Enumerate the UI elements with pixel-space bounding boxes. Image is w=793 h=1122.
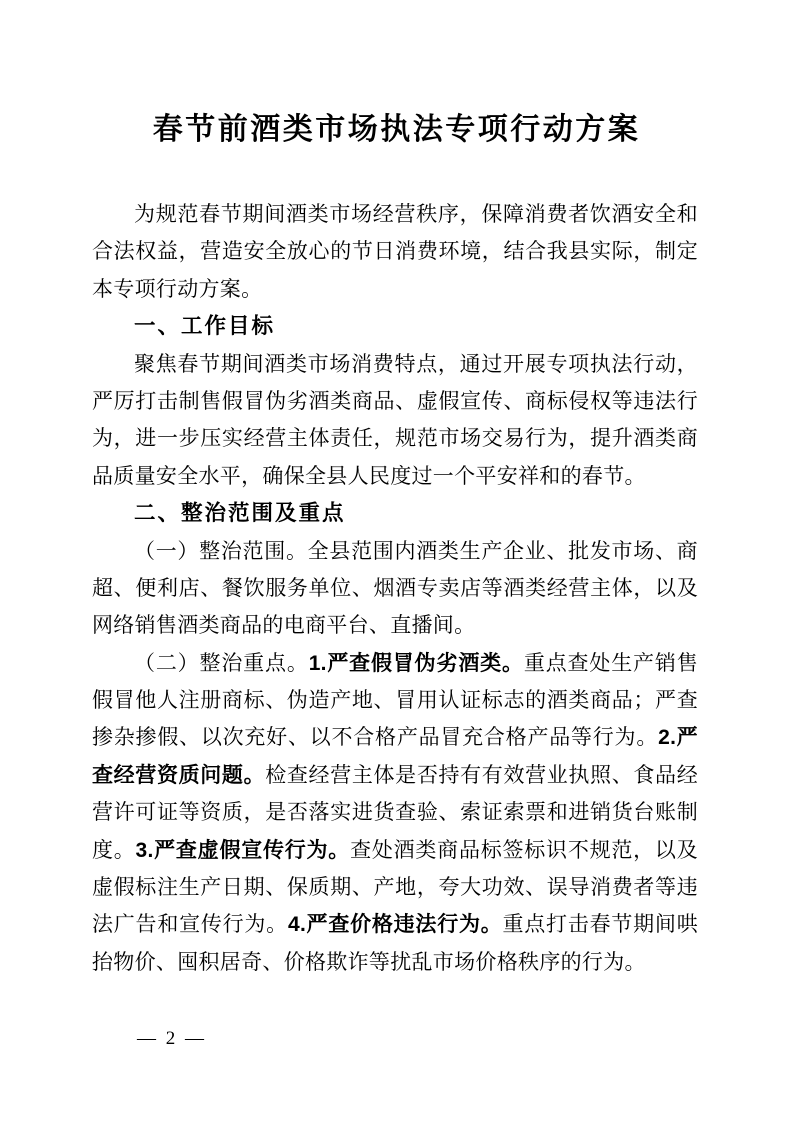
text-run: 法广告和宣传行为。 (92, 912, 288, 936)
text-run: 假冒他人注册商标、伪造产地、冒用认证标志的酒类商品；严查 (92, 688, 698, 712)
section-heading: 一、工作目标 (92, 308, 698, 345)
text-run: （一）整治范围。全县范围内酒类生产企业、批发市场、商 (134, 539, 698, 563)
text-line: 度。3.严查虚假宣传行为。查处酒类商品标签标识不规范，以及 (92, 832, 698, 869)
text-run: 重点打击春节期间哄 (503, 912, 698, 936)
text-line: 抬物价、囤积居奇、价格欺诈等扰乱市场价格秩序的行为。 (92, 944, 698, 981)
text-line: 法广告和宣传行为。4.严查价格违法行为。重点打击春节期间哄 (92, 906, 698, 943)
text-run: 为，进一步压实经营主体责任，规范市场交易行为，提升酒类商 (92, 426, 698, 450)
text-line: 为，进一步压实经营主体责任，规范市场交易行为，提升酒类商 (92, 420, 698, 457)
text-line: 超、便利店、餐饮服务单位、烟酒专卖店等酒类经营主体，以及 (92, 570, 698, 607)
text-run: 品质量安全水平，确保全县人民度过一个平安祥和的春节。 (92, 464, 646, 488)
text-run-bold: 1.严查假冒伪劣酒类。 (309, 652, 524, 675)
text-run-bold: 3.严查虚假宣传行为。 (136, 839, 351, 862)
document-body: 为规范春节期间酒类市场经营秩序，保障消费者饮酒安全和合法权益，营造安全放心的节日… (92, 196, 698, 981)
text-run: 抬物价、囤积居奇、价格欺诈等扰乱市场价格秩序的行为。 (92, 950, 646, 974)
text-run: 营许可证等资质，是否落实进货查验、索证索票和进销货台账制 (92, 800, 698, 824)
text-run: 掺杂掺假、以次充好、以不合格产品冒充合格产品等行为。 (92, 725, 658, 749)
text-line: 合法权益，营造安全放心的节日消费环境，结合我县实际，制定 (92, 233, 698, 270)
document-title: 春节前酒类市场执法专项行动方案 (0, 104, 793, 148)
text-run: 查处酒类商品标签标识不规范，以及 (350, 838, 698, 862)
text-run-bold: 二、整治范围及重点 (134, 501, 346, 525)
text-line: 品质量安全水平，确保全县人民度过一个平安祥和的春节。 (92, 458, 698, 495)
text-line: （一）整治范围。全县范围内酒类生产企业、批发市场、商 (92, 533, 698, 570)
text-run: 超、便利店、餐饮服务单位、烟酒专卖店等酒类经营主体，以及 (92, 576, 698, 600)
text-line: 查经营资质问题。检查经营主体是否持有有效营业执照、食品经 (92, 757, 698, 794)
text-run: 重点查处生产销售 (524, 651, 698, 675)
text-run: 本专项行动方案。 (92, 277, 262, 301)
text-line: 严厉打击制售假冒伪劣酒类商品、虚假宣传、商标侵权等违法行 (92, 383, 698, 420)
text-line: 虚假标注生产日期、保质期、产地，夸大功效、误导消费者等违 (92, 869, 698, 906)
text-run: 度。 (92, 838, 136, 862)
text-run-bold: 一、工作目标 (134, 314, 275, 338)
text-run: 聚焦春节期间酒类市场消费特点，通过开展专项执法行动， (134, 352, 698, 376)
text-run: 为规范春节期间酒类市场经营秩序，保障消费者饮酒安全和 (134, 202, 698, 226)
text-run: 检查经营主体是否持有有效营业执照、食品经 (265, 763, 698, 787)
text-run-bold: 查经营资质问题。 (92, 764, 265, 787)
text-run: 严厉打击制售假冒伪劣酒类商品、虚假宣传、商标侵权等违法行 (92, 389, 698, 413)
text-line: 本专项行动方案。 (92, 271, 698, 308)
text-run: （二）整治重点。 (134, 651, 309, 675)
text-run-bold: 2.严 (658, 726, 698, 749)
text-line: 掺杂掺假、以次充好、以不合格产品冒充合格产品等行为。2.严 (92, 719, 698, 756)
text-line: 聚焦春节期间酒类市场消费特点，通过开展专项执法行动， (92, 346, 698, 383)
text-line: 网络销售酒类商品的电商平台、直播间。 (92, 607, 698, 644)
text-line: 营许可证等资质，是否落实进货查验、索证索票和进销货台账制 (92, 794, 698, 831)
text-line: 为规范春节期间酒类市场经营秩序，保障消费者饮酒安全和 (92, 196, 698, 233)
page-number: — 2 — (137, 1028, 207, 1050)
text-line: （二）整治重点。1.严查假冒伪劣酒类。重点查处生产销售 (92, 645, 698, 682)
section-heading: 二、整治范围及重点 (92, 495, 698, 532)
text-line: 假冒他人注册商标、伪造产地、冒用认证标志的酒类商品；严查 (92, 682, 698, 719)
text-run: 虚假标注生产日期、保质期、产地，夸大功效、误导消费者等违 (92, 875, 698, 899)
text-run: 合法权益，营造安全放心的节日消费环境，结合我县实际，制定 (92, 239, 698, 263)
text-run-bold: 4.严查价格违法行为。 (288, 913, 503, 936)
document-page: 春节前酒类市场执法专项行动方案 为规范春节期间酒类市场经营秩序，保障消费者饮酒安… (0, 0, 793, 1122)
text-run: 网络销售酒类商品的电商平台、直播间。 (92, 613, 475, 637)
